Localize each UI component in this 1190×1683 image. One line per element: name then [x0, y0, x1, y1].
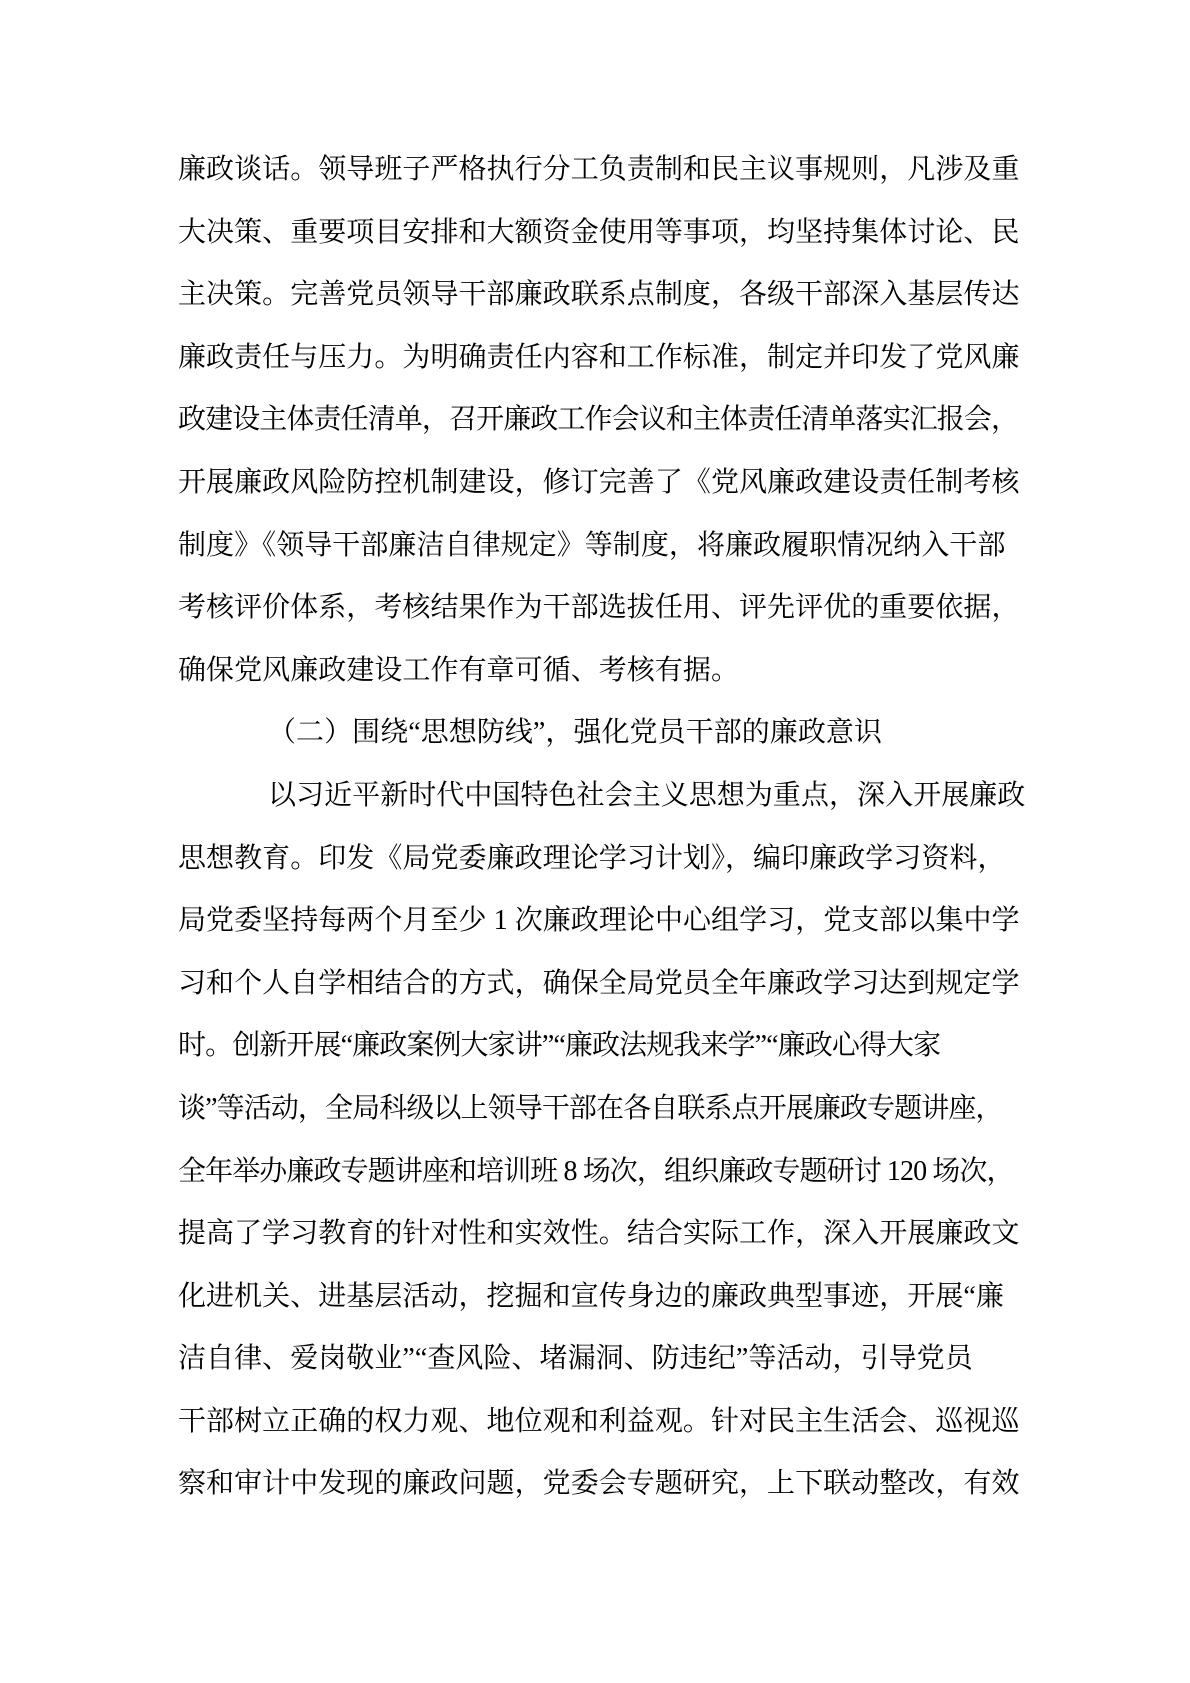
- body-line: 干部树立正确的权力观、地位观和利益观。针对民主生活会、巡视巡: [178, 1391, 1019, 1454]
- body-line: 局党委坚持每两个月至少 1 次廉政理论中心组学习，党支部以集中学: [178, 890, 1019, 953]
- body-line: 考核评价体系，考核结果作为干部选拔任用、评先评优的重要依据，: [178, 577, 1019, 640]
- document-body: 廉政谈话。领导班子严格执行分工负责制和民主议事规则，凡涉及重大决策、重要项目安排…: [178, 139, 1019, 1516]
- body-line: 大决策、重要项目安排和大额资金使用等事项，均坚持集体讨论、民: [178, 202, 1019, 265]
- body-line: 洁自律、爱岗敬业”“查风险、堵漏洞、防违纪”等活动，引导党员: [178, 1328, 1019, 1391]
- section-heading: （二）围绕“思想防线”，强化党员干部的廉政意识: [178, 702, 1019, 765]
- body-line: 提高了学习教育的针对性和实效性。结合实际工作，深入开展廉政文: [178, 1203, 1019, 1266]
- body-line: 主决策。完善党员领导干部廉政联系点制度，各级干部深入基层传达: [178, 264, 1019, 327]
- body-line: 廉政责任与压力。为明确责任内容和工作标准，制定并印发了党风廉: [178, 327, 1019, 390]
- body-line: 谈”等活动，全局科级以上领导干部在各自联系点开展廉政专题讲座，: [178, 1078, 1019, 1141]
- body-line: 廉政谈话。领导班子严格执行分工负责制和民主议事规则，凡涉及重: [178, 139, 1019, 202]
- document-page: 廉政谈话。领导班子严格执行分工负责制和民主议事规则，凡涉及重大决策、重要项目安排…: [0, 0, 1190, 1683]
- body-line: 察和审计中发现的廉政问题，党委会专题研究，上下联动整改，有效: [178, 1453, 1019, 1516]
- body-line: 制度》《领导干部廉洁自律规定》等制度，将廉政履职情况纳入干部: [178, 515, 1019, 578]
- body-line: 化进机关、进基层活动，挖掘和宣传身边的廉政典型事迹，开展“廉: [178, 1266, 1019, 1329]
- body-line: 政建设主体责任清单，召开廉政工作会议和主体责任清单落实汇报会，: [178, 389, 1019, 452]
- body-line: 习和个人自学相结合的方式，确保全局党员全年廉政学习达到规定学: [178, 953, 1019, 1016]
- body-line: 开展廉政风险防控机制建设，修订完善了《党风廉政建设责任制考核: [178, 452, 1019, 515]
- body-line: 思想教育。印发《局党委廉政理论学习计划》，编印廉政学习资料，: [178, 828, 1019, 891]
- body-line: 以习近平新时代中国特色社会主义思想为重点，深入开展廉政: [178, 765, 1019, 828]
- body-line: 全年举办廉政专题讲座和培训班 8 场次，组织廉政专题研讨 120 场次，: [178, 1141, 1019, 1204]
- body-line: 确保党风廉政建设工作有章可循、考核有据。: [178, 640, 1019, 703]
- body-line: 时。创新开展“廉政案例大家讲”“廉政法规我来学”“廉政心得大家: [178, 1015, 1019, 1078]
